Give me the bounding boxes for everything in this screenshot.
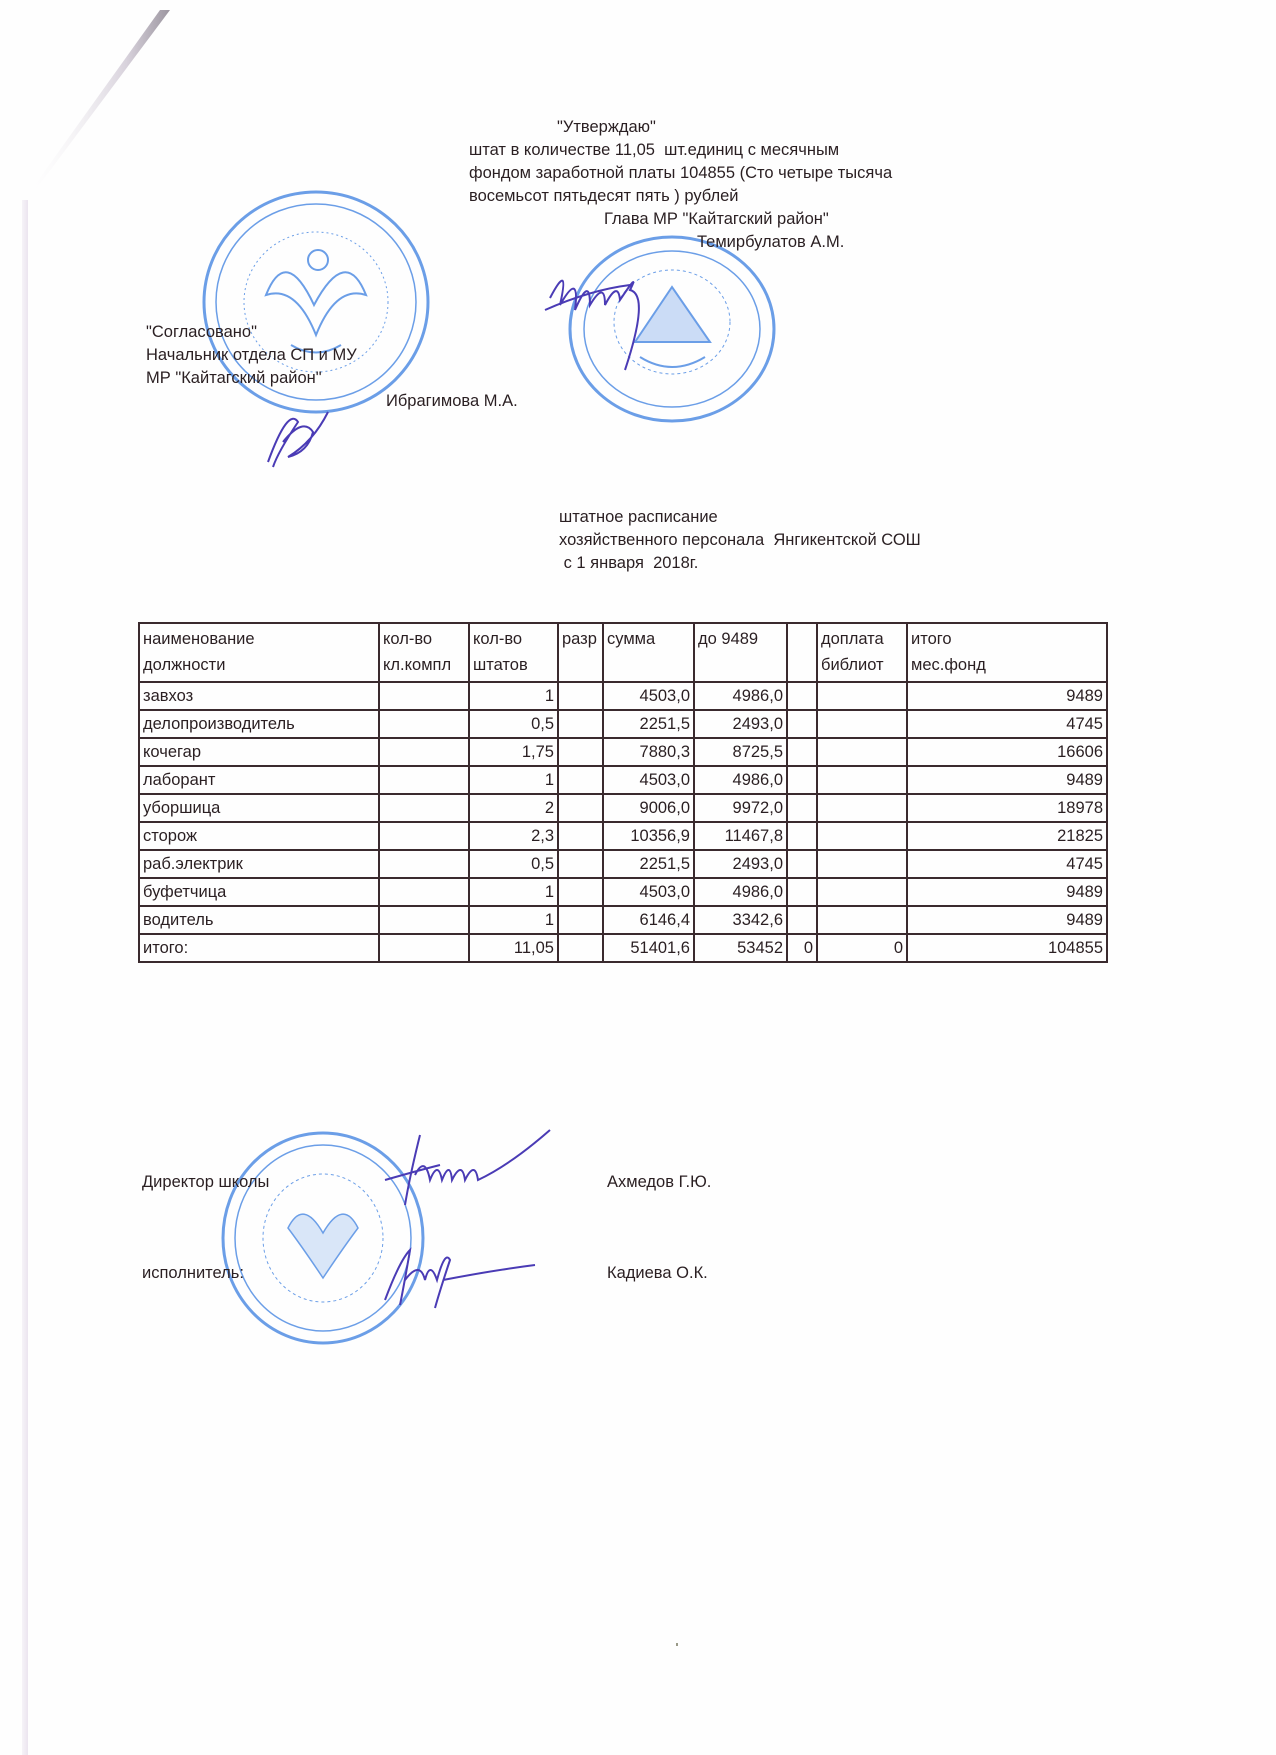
value-cell [379,794,469,822]
value-cell [817,794,907,822]
column-header-line [607,652,690,678]
value-cell [787,794,817,822]
value-cell [787,710,817,738]
value-cell [558,850,603,878]
approval-line-1: штат в количестве 11,05 шт.единиц с меся… [469,140,839,161]
value-cell: 9489 [907,682,1107,710]
column-header: наименованиедолжности [139,623,379,682]
value-cell: 21825 [907,822,1107,850]
approval-name: Темирбулатов А.М. [697,232,844,253]
table-row: завхоз14503,04986,09489 [139,682,1107,710]
staff-schedule-table: наименованиедолжностикол-вокл.комплкол-в… [138,622,1108,963]
column-header-line: доплата [821,626,903,652]
value-cell [379,822,469,850]
value-cell [379,906,469,934]
value-cell [817,682,907,710]
value-cell: 10356,9 [603,822,694,850]
value-cell [817,738,907,766]
position-name-cell: делопроизводитель [139,710,379,738]
value-cell: 7880,3 [603,738,694,766]
folded-page-corner [0,0,180,220]
school-stamp-icon [218,1128,428,1348]
value-cell: 0 [817,934,907,962]
value-cell: 2,3 [469,822,558,850]
column-header-line: наименование [143,626,375,652]
value-cell [817,822,907,850]
column-header: до 9489 [694,623,787,682]
table-row: делопроизводитель0,52251,52493,04745 [139,710,1107,738]
value-cell: 2 [469,794,558,822]
value-cell [558,878,603,906]
value-cell [817,766,907,794]
value-cell [787,906,817,934]
value-cell: 4986,0 [694,878,787,906]
table-row: уборшица29006,09972,018978 [139,794,1107,822]
column-header: кол-воштатов [469,623,558,682]
column-header-line: итого [911,626,1103,652]
value-cell [558,766,603,794]
value-cell [379,878,469,906]
value-cell [787,682,817,710]
value-cell [558,822,603,850]
value-cell: 9006,0 [603,794,694,822]
column-header-line: библиот [821,652,903,678]
value-cell: 8725,5 [694,738,787,766]
column-header: разр [558,623,603,682]
executor-name: Кадиева О.К. [607,1263,708,1284]
signature-executor-icon [365,1240,545,1310]
agreement-name: Ибрагимова М.А. [386,391,518,412]
director-name: Ахмедов Г.Ю. [607,1172,711,1193]
value-cell [787,878,817,906]
value-cell: 4986,0 [694,682,787,710]
value-cell [379,710,469,738]
value-cell: 1 [469,766,558,794]
director-label: Директор школы [142,1172,269,1193]
document-title-line-3: с 1 января 2018г. [559,553,698,574]
table-row: водитель16146,43342,69489 [139,906,1107,934]
column-header-line: до 9489 [698,626,783,652]
page-edge-shadow [22,200,28,1755]
position-name-cell: кочегар [139,738,379,766]
column-header: кол-вокл.компл [379,623,469,682]
approval-position: Глава МР "Кайтагский район" [604,209,829,230]
value-cell: 104855 [907,934,1107,962]
value-cell: 2493,0 [694,850,787,878]
value-cell: 9489 [907,878,1107,906]
value-cell [558,710,603,738]
value-cell: 0,5 [469,850,558,878]
executor-label: исполнитель: [142,1263,244,1284]
position-name-cell: уборшица [139,794,379,822]
value-cell: 1 [469,878,558,906]
column-header [787,623,817,682]
table-row: раб.электрик0,52251,52493,04745 [139,850,1107,878]
table-row: кочегар1,757880,38725,516606 [139,738,1107,766]
column-header-line: кол-во [383,626,465,652]
value-cell: 1,75 [469,738,558,766]
value-cell: 4503,0 [603,682,694,710]
value-cell [787,850,817,878]
value-cell [817,710,907,738]
signature-agreement-icon [258,402,338,474]
value-cell: 3342,6 [694,906,787,934]
value-cell: 6146,4 [603,906,694,934]
column-header-line [698,652,783,678]
agreement-line-1: Начальник отдела СП и МУ [146,345,357,366]
table-header-row: наименованиедолжностикол-вокл.комплкол-в… [139,623,1107,682]
document-title-line-2: хозяйственного персонала Янгикентской СО… [559,530,921,551]
column-header-line [791,626,813,652]
value-cell: 51401,6 [603,934,694,962]
column-header-line: сумма [607,626,690,652]
value-cell [817,850,907,878]
value-cell [558,738,603,766]
value-cell: 11467,8 [694,822,787,850]
value-cell: 4745 [907,850,1107,878]
column-header-line: штатов [473,652,554,678]
column-header-line: кл.компл [383,652,465,678]
column-header: сумма [603,623,694,682]
value-cell: 4986,0 [694,766,787,794]
value-cell [787,822,817,850]
value-cell: 2493,0 [694,710,787,738]
column-header-line: кол-во [473,626,554,652]
value-cell: 53452 [694,934,787,962]
position-name-cell: сторож [139,822,379,850]
column-header-line [791,652,813,678]
position-name-cell: буфетчица [139,878,379,906]
value-cell: 9972,0 [694,794,787,822]
scan-speck [676,1643,678,1646]
value-cell [787,738,817,766]
position-name-cell: водитель [139,906,379,934]
value-cell: 18978 [907,794,1107,822]
value-cell: 1 [469,682,558,710]
value-cell: 0 [787,934,817,962]
value-cell: 2251,5 [603,850,694,878]
value-cell [817,906,907,934]
column-header-line: разр [562,626,599,652]
position-name-cell: итого: [139,934,379,962]
value-cell [817,878,907,906]
column-header-line: должности [143,652,375,678]
column-header-line: мес.фонд [911,652,1103,678]
administration-stamp-icon [565,232,780,427]
value-cell [379,682,469,710]
value-cell [787,766,817,794]
position-name-cell: раб.электрик [139,850,379,878]
value-cell: 4745 [907,710,1107,738]
value-cell [558,934,603,962]
value-cell: 16606 [907,738,1107,766]
column-header-line [562,652,599,678]
column-header: итогомес.фонд [907,623,1107,682]
value-cell: 4503,0 [603,766,694,794]
position-name-cell: завхоз [139,682,379,710]
document-title-line-1: штатное расписание [559,507,718,528]
value-cell: 0,5 [469,710,558,738]
position-name-cell: лаборант [139,766,379,794]
approval-line-3: восемьсот пятьдесят пять ) рублей [469,186,739,207]
value-cell [379,738,469,766]
table-total-row: итого:11,0551401,65345200104855 [139,934,1107,962]
value-cell: 4503,0 [603,878,694,906]
value-cell: 2251,5 [603,710,694,738]
value-cell: 9489 [907,766,1107,794]
value-cell [379,850,469,878]
table-row: сторож2,310356,911467,821825 [139,822,1107,850]
table-row: лаборант14503,04986,09489 [139,766,1107,794]
value-cell [379,766,469,794]
signature-head-icon [530,250,680,380]
signature-director-icon [380,1125,560,1215]
approval-line-2: фондом заработной платы 104855 (Сто четы… [469,163,892,184]
table-row: буфетчица14503,04986,09489 [139,878,1107,906]
column-header: доплатабиблиот [817,623,907,682]
value-cell [558,794,603,822]
value-cell [558,906,603,934]
value-cell: 1 [469,906,558,934]
approval-title: "Утверждаю" [557,117,656,138]
value-cell: 9489 [907,906,1107,934]
agreement-line-2: МР "Кайтагский район" [146,368,322,389]
value-cell [558,682,603,710]
value-cell [379,934,469,962]
value-cell: 11,05 [469,934,558,962]
agreement-title: "Согласовано" [146,322,257,343]
